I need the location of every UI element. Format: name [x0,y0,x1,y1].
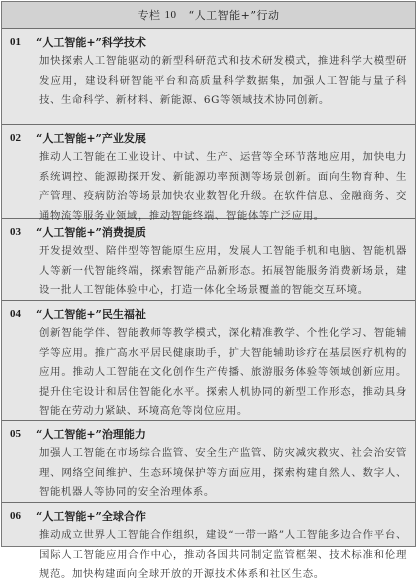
section-number: 06 [10,510,36,522]
section-number: 01 [10,36,36,48]
section-number: 02 [10,132,36,144]
section-number: 04 [10,308,36,320]
section-title: “人工智能+”全球合作 [36,508,146,524]
section-body: 加强人工智能在市场综合监管、安全生产监管、防灾减灾救灾、社会治安管理、网络空间维… [10,444,407,503]
section-title: “人工智能+”治理能力 [36,426,146,442]
column-header: 专栏 10 “人工智能+”行动 [2,2,415,29]
section-body: 推动成立世界人工智能合作组织，建设“一带一路”人工智能多边合作平台、国际人工智能… [10,526,407,550]
section-title: “人工智能+”消费提质 [36,224,146,240]
column-box: 专栏 10 “人工智能+”行动 01“人工智能+”科学技术 加快探索人工智能驱动… [1,1,416,547]
section-number: 05 [10,428,36,440]
section-03: 03“人工智能+”消费提质 开发提效型、陪伴型等智能原生应用，发展人工智能手机和… [2,219,415,301]
section-04: 04“人工智能+”民生福祉 创新智能学伴、智能教师等教学模式，深化精准教学、个性… [2,301,415,421]
section-05: 05“人工智能+”治理能力 加强人工智能在市场综合监管、安全生产监管、防灾减灾救… [2,421,415,503]
section-title: “人工智能+”科学技术 [36,34,146,50]
section-02: 02“人工智能+”产业发展 推动人工智能在工业设计、中试、生产、运营等全环节落地… [2,125,415,219]
section-body: 创新智能学伴、智能教师等教学模式，深化精准教学、个性化学习、智能辅学等应用。推广… [10,324,407,422]
section-body: 开发提效型、陪伴型等智能原生应用，发展人工智能手机和电脑、智能机器人等新一代智能… [10,242,407,301]
section-01: 01“人工智能+”科学技术 加快探索人工智能驱动的新型科研范式和技术研发模式，推… [2,29,415,125]
section-body: 推动人工智能在工业设计、中试、生产、运营等全环节落地应用，加快电力系统调控、能源… [10,148,407,226]
section-06: 06“人工智能+”全球合作 推动成立世界人工智能合作组织，建设“一带一路”人工智… [2,503,415,550]
column-prefix: 专栏 [138,7,161,23]
section-number: 03 [10,226,36,238]
section-title: “人工智能+”产业发展 [36,130,146,146]
column-number: 10 [165,9,177,21]
section-body: 加快探索人工智能驱动的新型科研范式和技术研发模式，推进科学大模型研发应用，建设科… [10,52,407,111]
column-title: “人工智能+”行动 [189,7,280,23]
section-title: “人工智能+”民生福祉 [36,306,146,322]
